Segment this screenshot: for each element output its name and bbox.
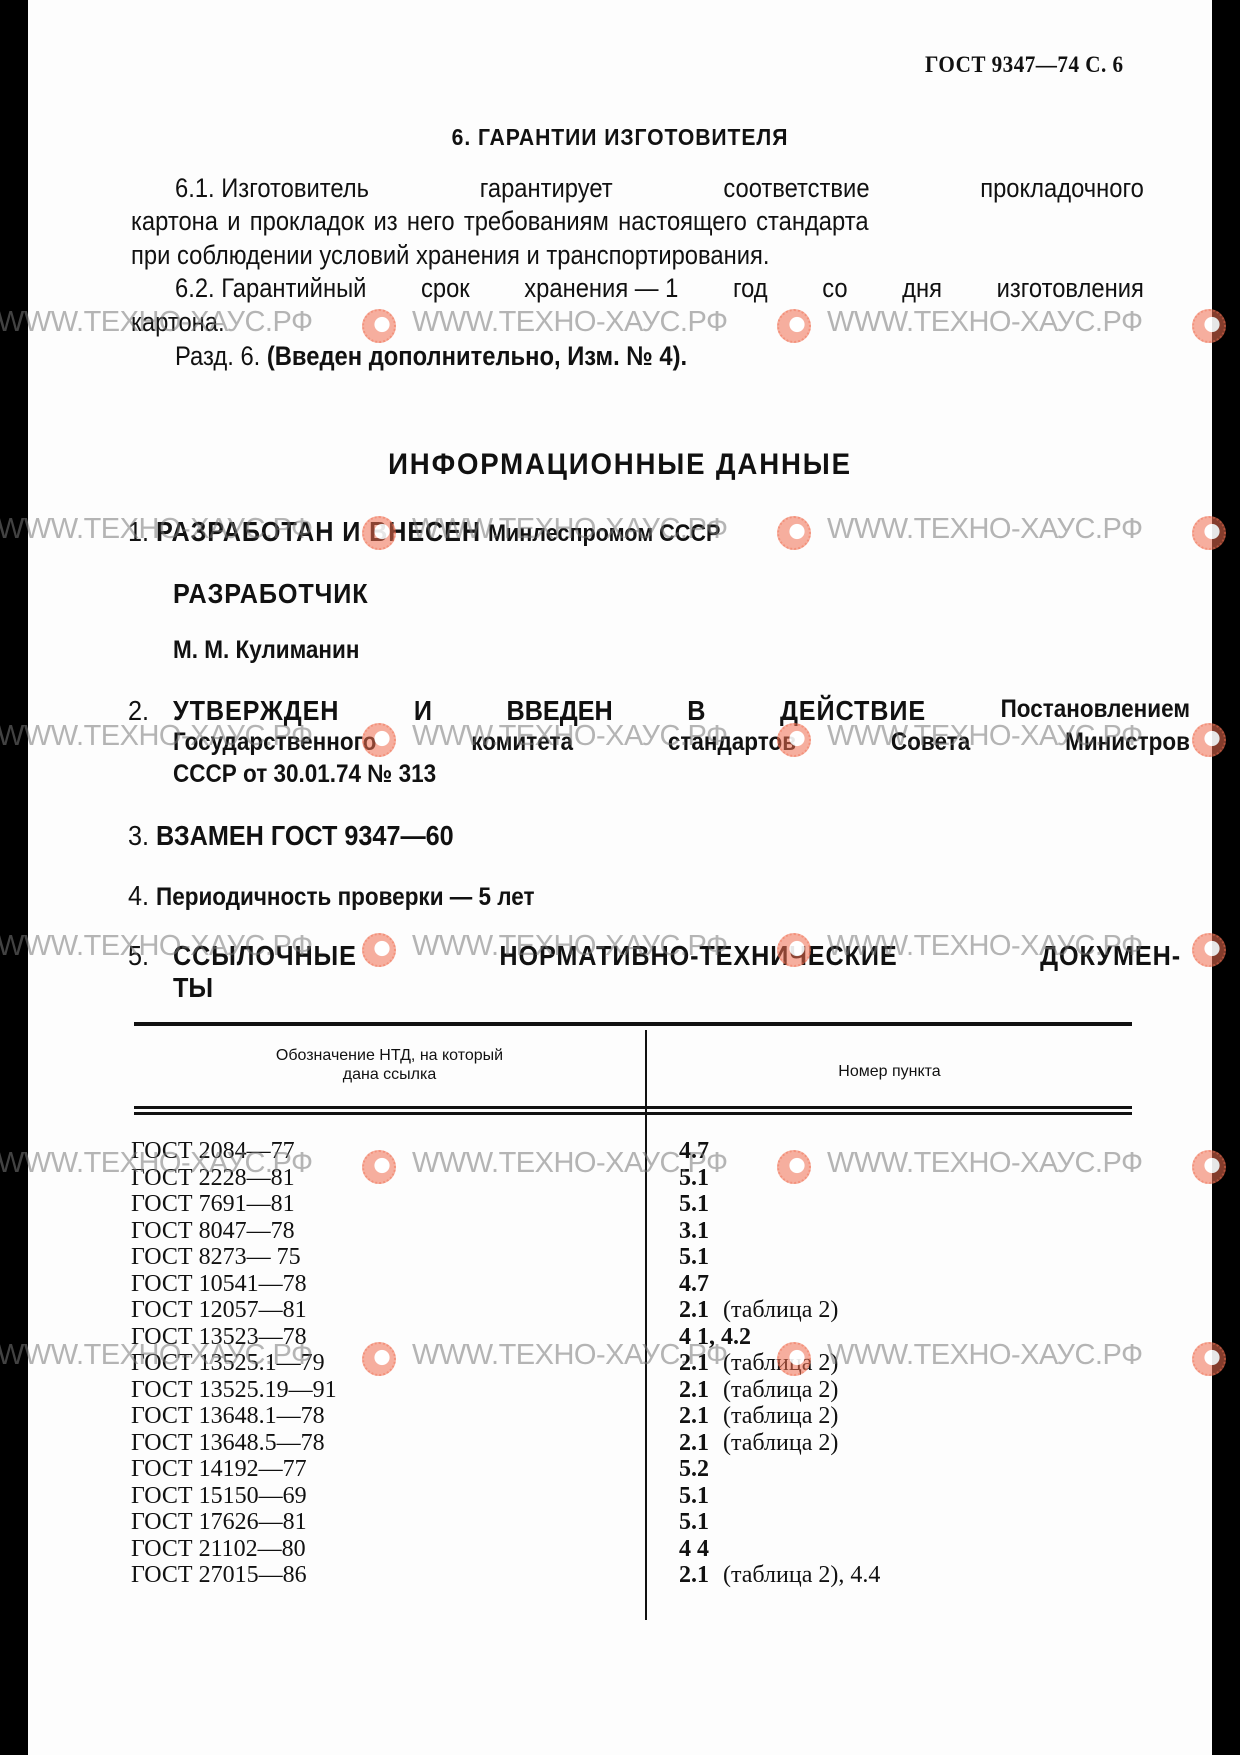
info-item-2-line2: Государственного комитета стандартов Сов… <box>173 728 1190 757</box>
watermark-text: WWW.ТЕХНО-ХАУС.РФ <box>827 306 1143 339</box>
document-designation: ГОСТ 2084—77 <box>131 1138 295 1164</box>
info-item-2-num: 2. <box>128 695 149 727</box>
developer-name: М. М. Кулиманин <box>173 636 359 665</box>
clause-note: (таблица 2) <box>723 1297 838 1323</box>
clause-number: 2.1(таблица 2) <box>679 1350 838 1376</box>
document-designation: ГОСТ 13648.5—78 <box>131 1430 325 1456</box>
clause-number: 2.1(таблица 2) <box>679 1430 838 1456</box>
clause-number: 2.1(таблица 2) <box>679 1297 838 1323</box>
gear-logo-icon <box>1192 516 1226 550</box>
para-6-1-line2: картона и прокладок из него требованиям … <box>131 206 869 237</box>
clause-note: (таблица 2) <box>723 1377 838 1403</box>
document-designation: ГОСТ 21102—80 <box>131 1536 306 1562</box>
gear-logo-icon <box>1192 933 1226 967</box>
section-6-title: 6. ГАРАНТИИ ИЗГОТОВИТЕЛЯ <box>75 124 1164 151</box>
gear-logo-icon <box>1192 309 1226 343</box>
clause-number: 5.2 <box>679 1456 709 1482</box>
developer-label: РАЗРАБОТЧИК <box>173 578 369 610</box>
info-item-2-line1: УТВЕРЖДЕН И ВВЕДЕН В ДЕЙСТВИЕ Постановле… <box>173 695 1190 727</box>
para-6-1-line3: при соблюдении условий хранения и трансп… <box>131 240 769 271</box>
clause-number: 4.7 <box>679 1271 709 1297</box>
document-designation: ГОСТ 13648.1—78 <box>131 1403 325 1429</box>
gear-logo-icon <box>1192 723 1226 757</box>
gear-logo-icon <box>1192 1150 1226 1184</box>
document-designation: ГОСТ 8047—78 <box>131 1218 295 1244</box>
clause-number: 5.1 <box>679 1483 709 1509</box>
clause-note: (таблица 2) <box>723 1430 838 1456</box>
document-designation: ГОСТ 13523—78 <box>131 1324 307 1350</box>
table-header-document: Обозначение НТД, на который дана ссылка <box>134 1046 645 1084</box>
info-item-1: 1. РАЗРАБОТАН И ВНЕСЕН Минлеспромом СССР <box>128 516 720 548</box>
info-data-title: ИНФОРМАЦИОННЫЕ ДАННЫЕ <box>75 448 1164 482</box>
para-6-2-line1: 6.2. Гарантийный срок хранения — 1 год с… <box>175 273 1144 304</box>
document-designation: ГОСТ 2228—81 <box>131 1165 295 1191</box>
table-header-rule <box>134 1106 1132 1109</box>
gear-logo-icon <box>777 516 811 550</box>
clause-note: (таблица 2) <box>723 1403 838 1429</box>
document-designation: ГОСТ 15150—69 <box>131 1483 307 1509</box>
info-item-4: 4. Периодичность проверки — 5 лет <box>128 880 535 912</box>
document-designation: ГОСТ 10541—78 <box>131 1271 307 1297</box>
clause-number: 5.1 <box>679 1244 709 1270</box>
table-header-rule-double <box>134 1112 1132 1115</box>
watermark-text: WWW.ТЕХНО-ХАУС.РФ <box>827 1339 1143 1372</box>
gear-logo-icon <box>362 1342 396 1376</box>
gear-logo-icon <box>362 1150 396 1184</box>
clause-number: 4 4 <box>679 1536 709 1562</box>
document-designation: ГОСТ 8273— 75 <box>131 1244 301 1270</box>
info-item-5-num: 5. <box>128 940 149 972</box>
clause-number: 3.1 <box>679 1218 709 1244</box>
info-item-5-line1: ССЫЛОЧНЫЕ НОРМАТИВНО-ТЕХНИЧЕСКИЕ ДОКУМЕН… <box>173 940 1181 972</box>
watermark-text: WWW.ТЕХНО-ХАУС.РФ <box>827 1147 1143 1180</box>
table-top-rule <box>134 1022 1132 1026</box>
document-designation: ГОСТ 7691—81 <box>131 1191 295 1217</box>
clause-number: 4 1, 4.2 <box>679 1324 751 1350</box>
clause-note: (таблица 2), 4.4 <box>723 1562 880 1588</box>
amendment-note: Разд. 6. (Введен дополнительно, Изм. № 4… <box>175 341 687 372</box>
clause-number: 4.7 <box>679 1138 709 1164</box>
gear-logo-icon <box>777 309 811 343</box>
gear-logo-icon <box>1192 1342 1226 1376</box>
para-6-1-line1: 6.1. Изготовитель гарантирует соответств… <box>175 173 1144 204</box>
document-designation: ГОСТ 12057—81 <box>131 1297 307 1323</box>
info-item-5-line2: ТЫ <box>173 972 213 1004</box>
gear-logo-icon <box>777 1150 811 1184</box>
info-item-3: 3. ВЗАМЕН ГОСТ 9347—60 <box>128 820 454 852</box>
clause-number: 5.1 <box>679 1165 709 1191</box>
document-designation: ГОСТ 27015—86 <box>131 1562 307 1588</box>
info-item-2-line3: СССР от 30.01.74 № 313 <box>173 760 436 789</box>
clause-number: 2.1(таблица 2) <box>679 1377 838 1403</box>
running-head: ГОСТ 9347—74 С. 6 <box>925 52 1124 78</box>
watermark-text: WWW.ТЕХНО-ХАУС.РФ <box>412 306 728 339</box>
table-header-clause: Номер пункта <box>647 1062 1132 1081</box>
document-designation: ГОСТ 13525.19—91 <box>131 1377 337 1403</box>
clause-number: 5.1 <box>679 1191 709 1217</box>
gear-logo-icon <box>362 309 396 343</box>
document-page: ГОСТ 9347—74 С. 6 6. ГАРАНТИИ ИЗГОТОВИТЕ… <box>28 0 1212 1755</box>
clause-number: 2.1(таблица 2), 4.4 <box>679 1562 880 1588</box>
watermark-text: WWW.ТЕХНО-ХАУС.РФ <box>827 513 1143 546</box>
clause-number: 5.1 <box>679 1509 709 1535</box>
document-designation: ГОСТ 17626—81 <box>131 1509 307 1535</box>
document-designation: ГОСТ 13525.1—79 <box>131 1350 325 1376</box>
clause-note: (таблица 2) <box>723 1350 838 1376</box>
document-designation: ГОСТ 14192—77 <box>131 1456 307 1482</box>
table-column-divider <box>645 1030 647 1620</box>
clause-number: 2.1(таблица 2) <box>679 1403 838 1429</box>
para-6-2-line2: картона. <box>131 307 225 338</box>
